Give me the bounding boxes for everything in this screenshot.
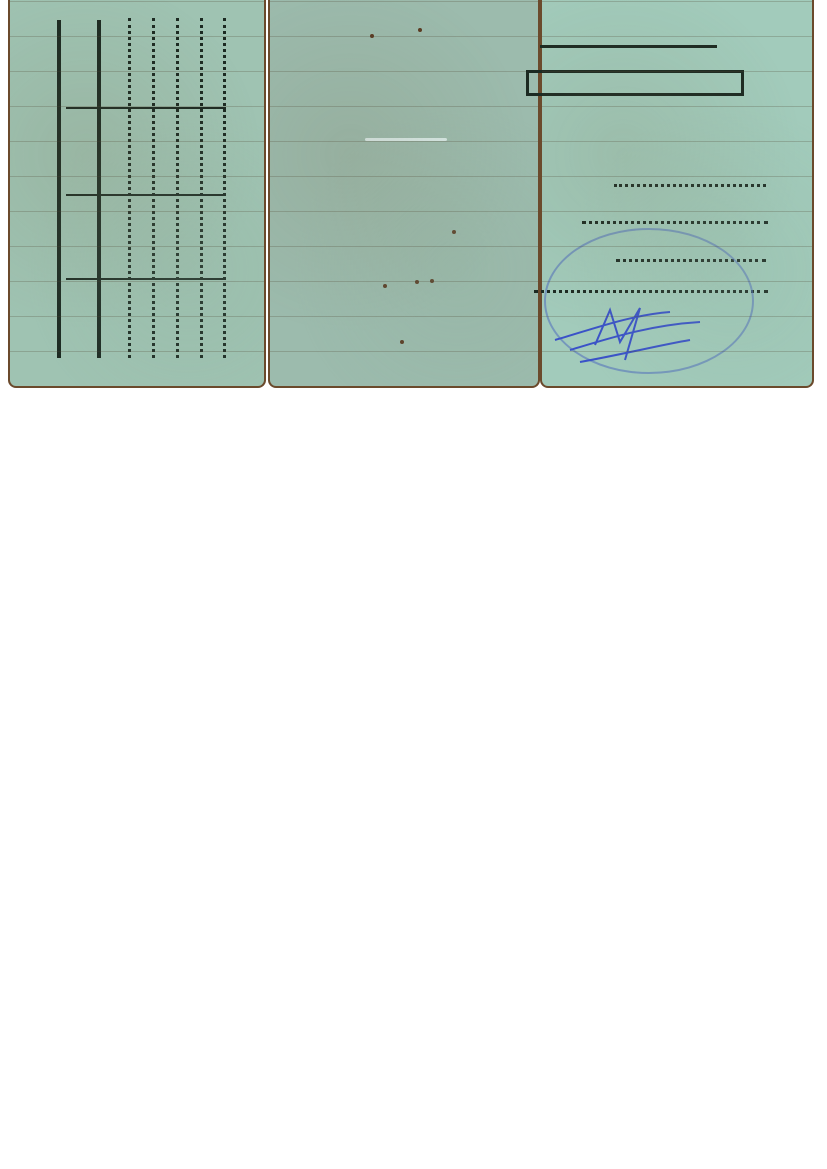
table-border-left: [57, 20, 61, 358]
speck: [452, 230, 456, 234]
hole-mark: [430, 279, 434, 283]
dotted-row-line: [128, 18, 131, 358]
hole-mark: [415, 280, 419, 284]
speck: [400, 340, 404, 344]
dotted-fill-line: [582, 221, 768, 224]
country-underline: [540, 45, 717, 48]
signature: [550, 300, 720, 370]
table-header-divider: [97, 20, 101, 358]
speck: [370, 34, 374, 38]
left-panel-residence-table: [8, 0, 266, 388]
right-panel-id-info: [540, 0, 814, 388]
dotted-row-line: [176, 18, 179, 358]
title-box: [526, 70, 744, 96]
speck: [418, 28, 422, 32]
hole-mark: [383, 284, 387, 288]
dotted-fill-line: [614, 184, 766, 187]
dotted-row-line: [200, 18, 203, 358]
dotted-row-line: [152, 18, 155, 358]
dotted-row-line: [223, 18, 226, 358]
crease-mark: [365, 138, 447, 141]
middle-panel-blank: [268, 0, 540, 388]
